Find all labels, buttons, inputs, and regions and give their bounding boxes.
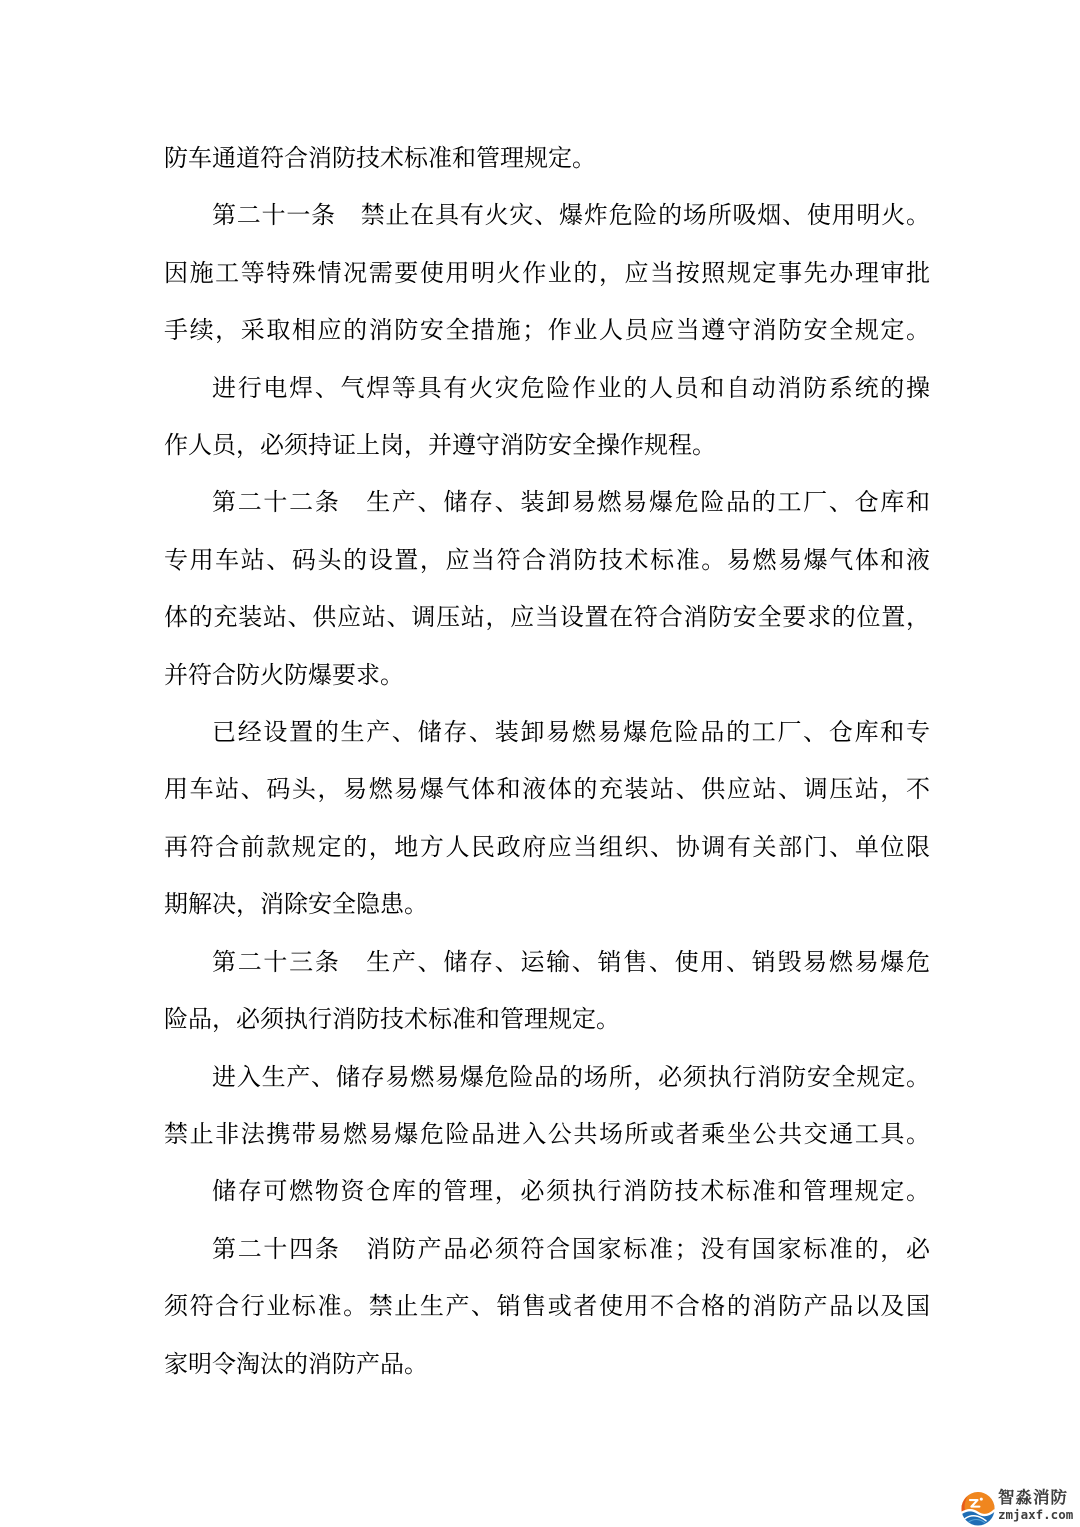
text-line: 手续，采取相应的消防安全措施；作业人员应当遵守消防安全规定。 [164,303,930,360]
text-line: 家明令淘汰的消防产品。 [164,1337,930,1394]
text-line: 专用车站、码头的设置，应当符合消防技术标准。易燃易爆气体和液 [164,533,930,590]
text-line: 储存可燃物资仓库的管理，必须执行消防技术标准和管理规定。 [164,1164,930,1221]
text-line: 进行电焊、气焊等具有火灾危险作业的人员和自动消防系统的操 [164,361,930,418]
text-line: 须符合行业标准。禁止生产、销售或者使用不合格的消防产品以及国 [164,1279,930,1336]
brand-name: 智淼消防 [998,1488,1073,1508]
brand-text-block: 智淼消防 zmjaxf.com [998,1488,1073,1522]
text-line: 防车通道符合消防技术标准和管理规定。 [164,131,930,188]
text-line: 险品，必须执行消防技术标准和管理规定。 [164,992,930,1049]
text-line: 体的充装站、供应站、调压站，应当设置在符合消防安全要求的位置， [164,590,930,647]
text-line: 第二十一条 禁止在具有火灾、爆炸危险的场所吸烟、使用明火。 [164,188,930,245]
text-line: 第二十二条 生产、储存、装卸易燃易爆危险品的工厂、仓库和 [164,475,930,532]
text-line: 期解决，消除安全隐患。 [164,877,930,934]
text-line: 再符合前款规定的，地方人民政府应当组织、协调有关部门、单位限 [164,820,930,877]
document-lines: 防车通道符合消防技术标准和管理规定。第二十一条 禁止在具有火灾、爆炸危险的场所吸… [164,131,930,1394]
text-line: 作人员，必须持证上岗，并遵守消防安全操作规程。 [164,418,930,475]
text-line: 禁止非法携带易燃易爆危险品进入公共场所或者乘坐公共交通工具。 [164,1107,930,1164]
text-line: 用车站、码头，易燃易爆气体和液体的充装站、供应站、调压站，不 [164,762,930,819]
text-line: 第二十三条 生产、储存、运输、销售、使用、销毁易燃易爆危 [164,935,930,992]
brand-watermark: 智淼消防 zmjaxf.com [961,1488,1073,1526]
text-line: 并符合防火防爆要求。 [164,648,930,705]
text-line: 已经设置的生产、储存、装卸易燃易爆危险品的工厂、仓库和专 [164,705,930,762]
text-line: 因施工等特殊情况需要使用明火作业的，应当按照规定事先办理审批 [164,246,930,303]
brand-domain: zmjaxf.com [998,1508,1073,1522]
document-page: 防车通道符合消防技术标准和管理规定。第二十一条 禁止在具有火灾、爆炸危险的场所吸… [0,0,1080,1527]
text-line: 第二十四条 消防产品必须符合国家标准；没有国家标准的，必 [164,1222,930,1279]
brand-logo-icon [961,1492,995,1526]
text-line: 进入生产、储存易燃易爆危险品的场所，必须执行消防安全规定。 [164,1050,930,1107]
